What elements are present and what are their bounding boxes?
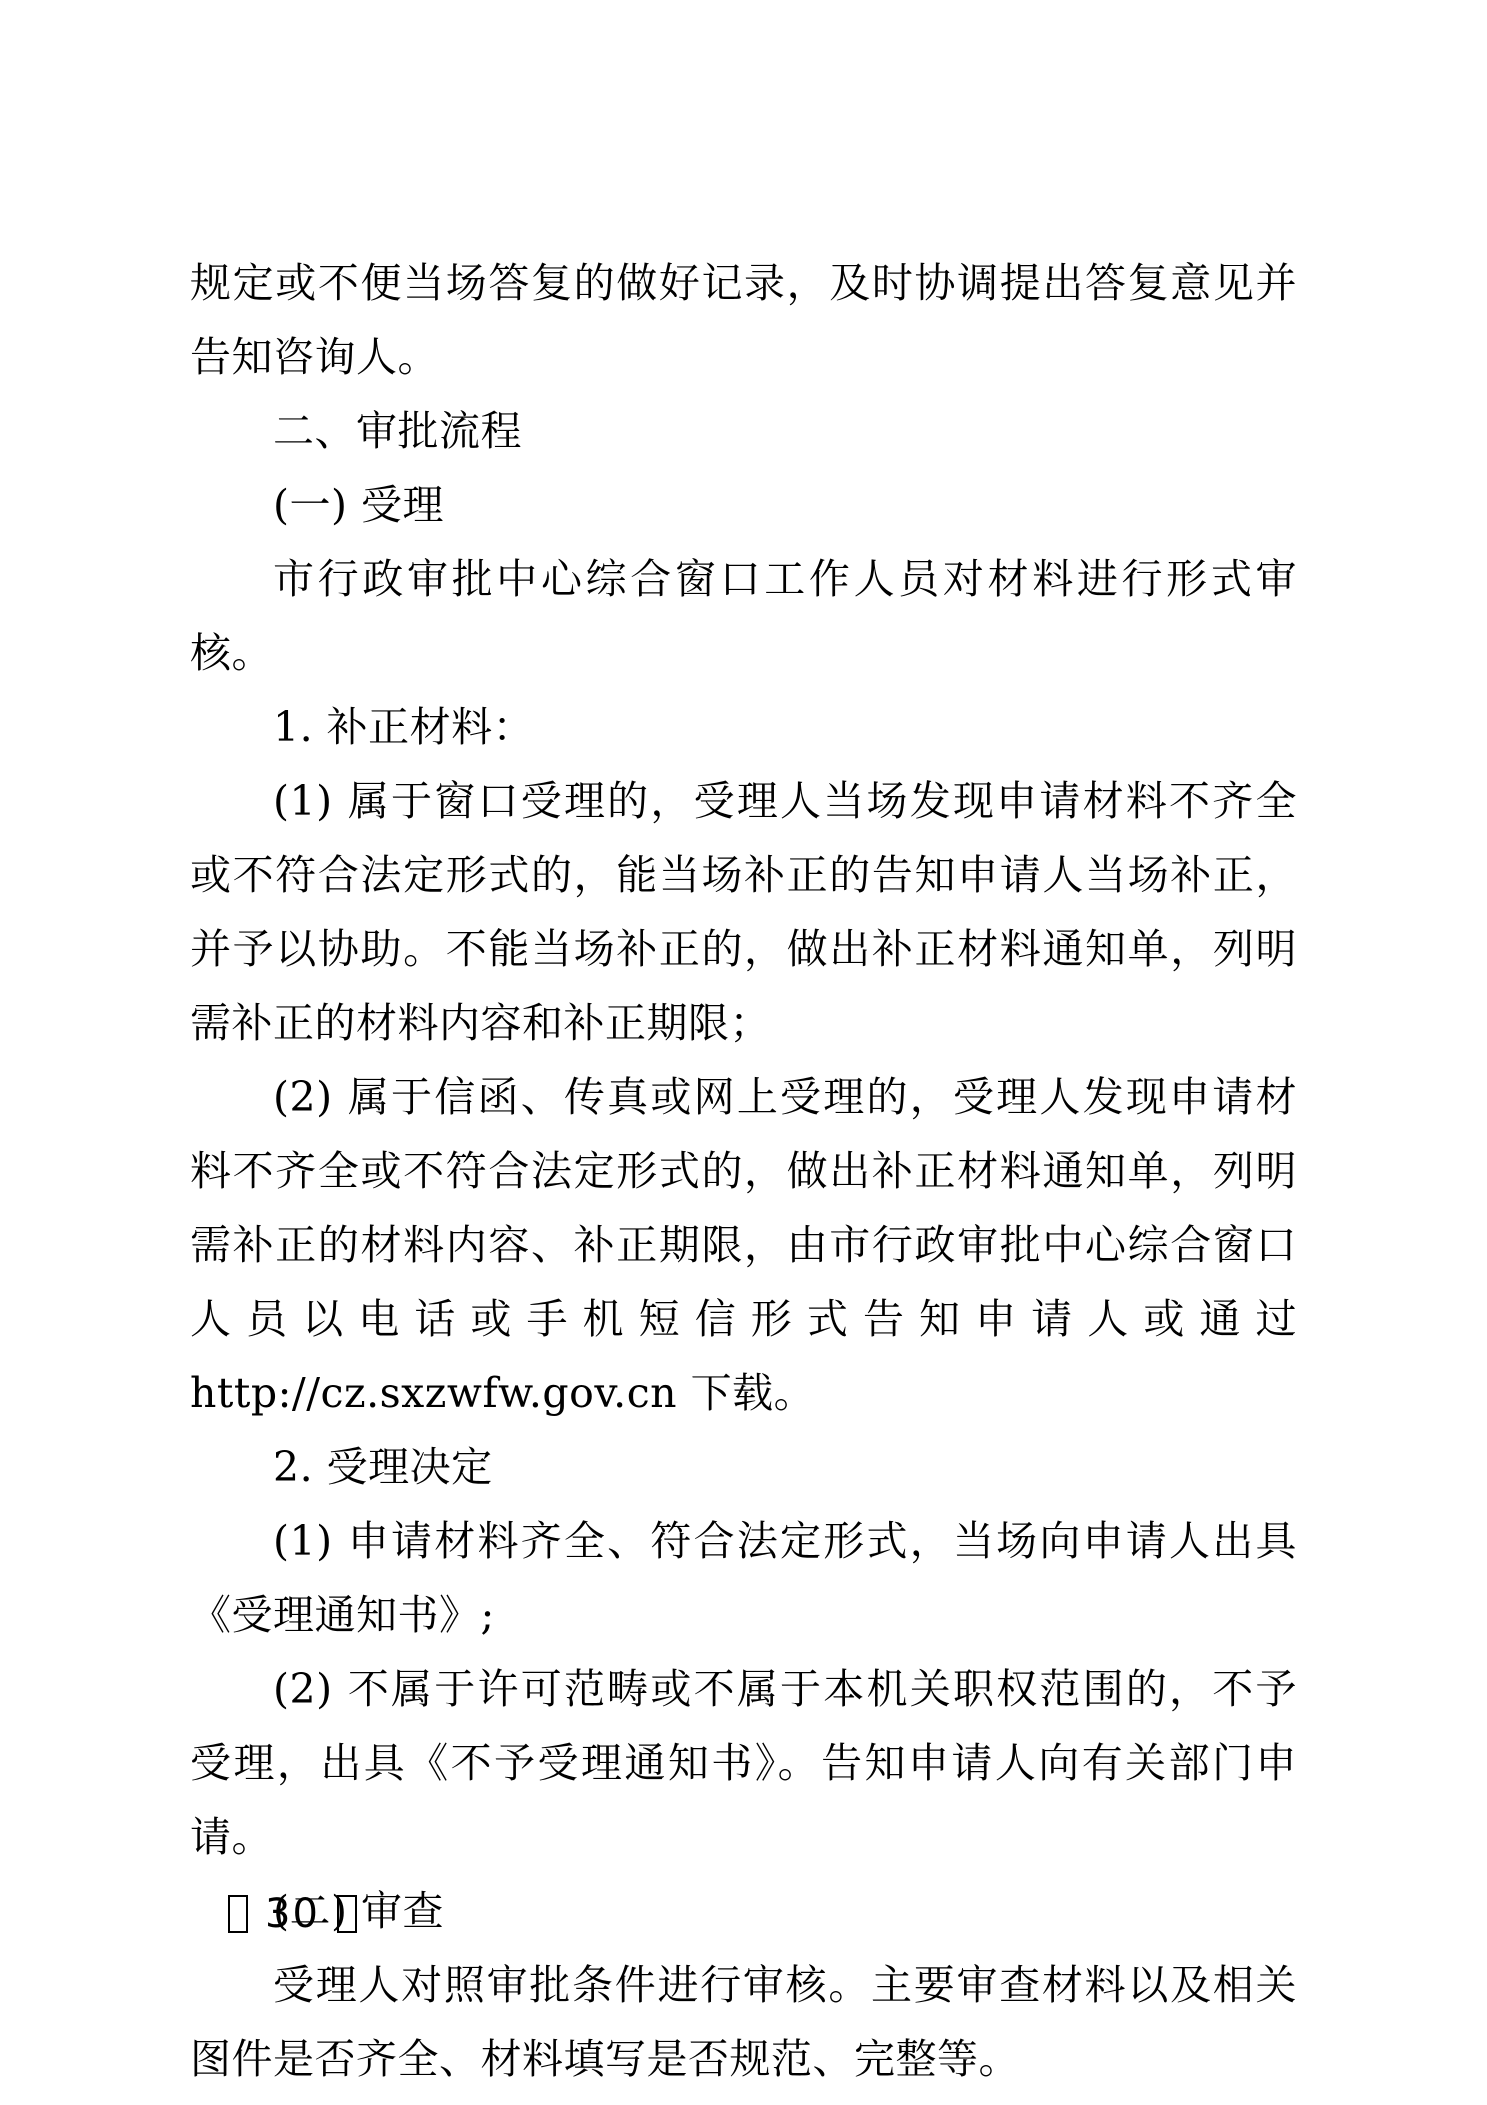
missing-glyph-box-left [228,1895,248,1933]
paragraph-acceptance-notice: (1) 申请材料齐全、符合法定形式，当场向申请人出具《受理通知书》; [190,1504,1297,1652]
paragraph-continuation: 规定或不便当场答复的做好记录，及时协调提出答复意见并告知咨询人。 [190,246,1297,394]
page-number: 30 [265,1891,320,1937]
section-heading-approval-process: 二、审批流程 [190,394,1297,468]
paragraph-window-acceptance: (1) 属于窗口受理的，受理人当场发现申请材料不齐全或不符合法定形式的，能当场补… [190,764,1297,1060]
paragraph-examination-criteria: 受理人对照审批条件进行审核。主要审查材料以及相关图件是否齐全、材料填写是否规范、… [190,1948,1297,2096]
paragraph-rejection-notice: (2) 不属于许可范畴或不属于本机关职权范围的，不予受理，出具《不予受理通知书》… [190,1652,1297,1874]
subsection-heading-acceptance: (一) 受理 [190,468,1297,542]
paragraph-formal-review: 市行政审批中心综合窗口工作人员对材料进行形式审核。 [190,542,1297,690]
document-body: 规定或不便当场答复的做好记录，及时协调提出答复意见并告知咨询人。 二、审批流程 … [190,246,1297,2096]
subheading-acceptance-decision: 2. 受理决定 [190,1430,1297,1504]
subheading-supplementary-materials: 1. 补正材料： [190,690,1297,764]
page-footer: 30 [228,1888,357,1940]
missing-glyph-box-right [337,1895,357,1933]
paragraph-mail-fax-online-acceptance: (2) 属于信函、传真或网上受理的，受理人发现申请材料不齐全或不符合法定形式的，… [190,1060,1297,1430]
document-page: 规定或不便当场答复的做好记录，及时协调提出答复意见并告知咨询人。 二、审批流程 … [0,0,1487,2105]
